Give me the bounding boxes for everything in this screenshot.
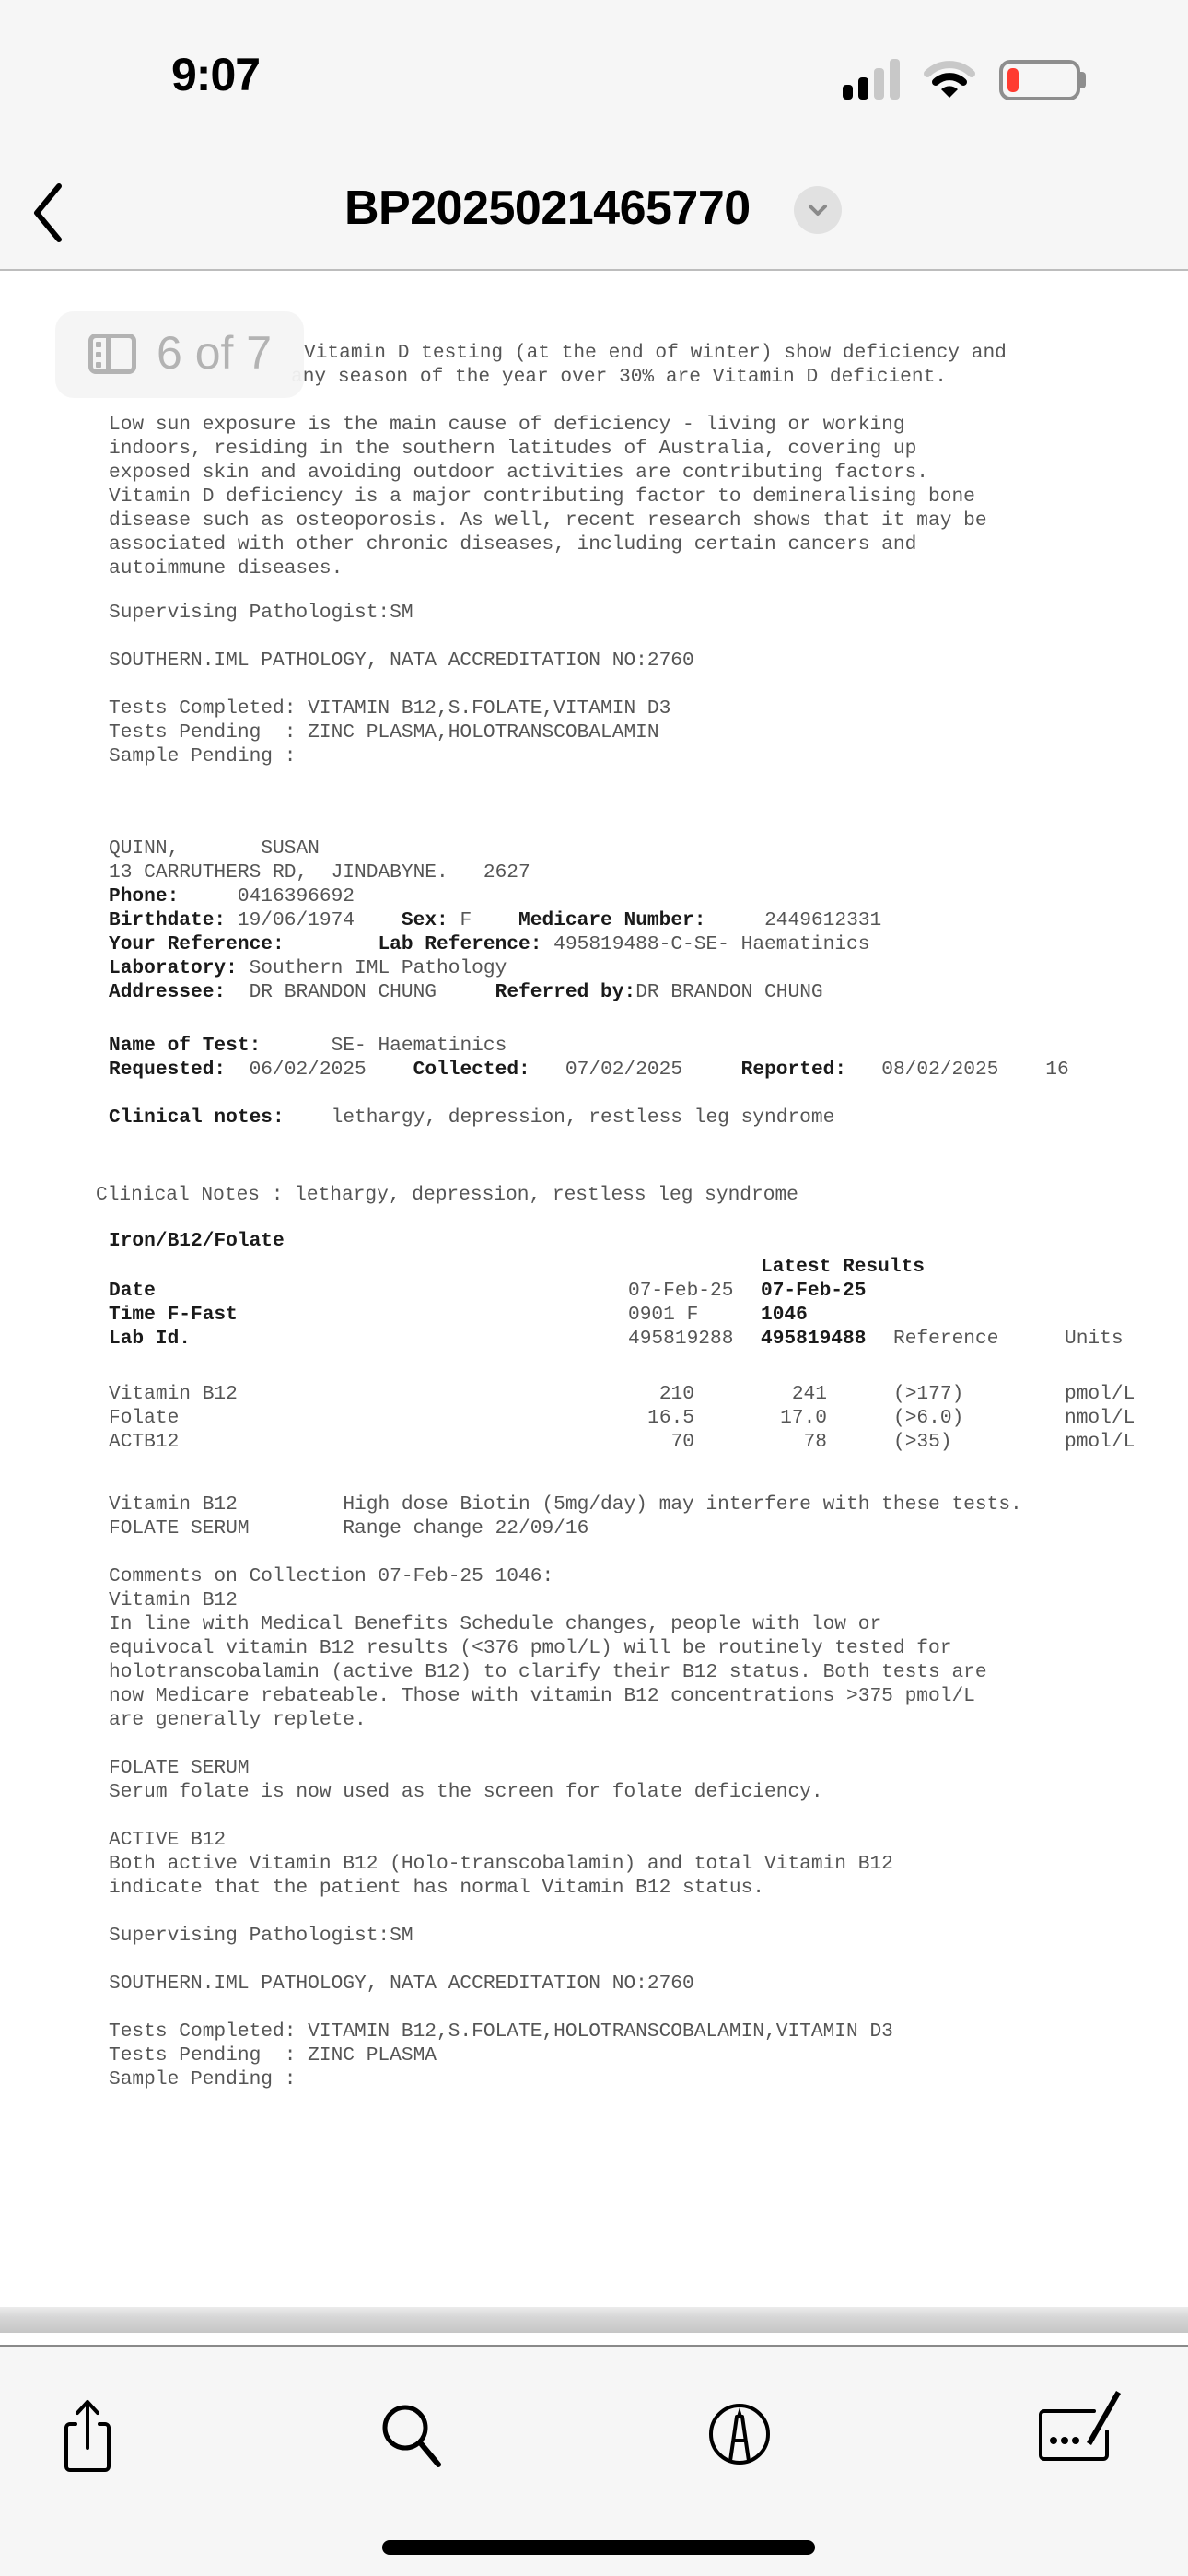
document-title[interactable]: BP2025021465770	[344, 181, 751, 236]
analyte-latest-value: 78	[698, 1430, 827, 1454]
test-note-folate: FOLATE SERUM Range change 22/09/16	[109, 1516, 588, 1540]
markup-pen-icon[interactable]	[698, 2393, 781, 2476]
bottom-toolbar	[0, 2347, 1188, 2576]
search-icon[interactable]	[370, 2393, 453, 2476]
chevron-down-icon	[794, 186, 842, 234]
analyte-name: Folate	[109, 1406, 179, 1430]
battery-level	[1007, 68, 1019, 92]
supervising-pathologist-1: Supervising Pathologist:SM	[109, 601, 413, 625]
supervising-pathologist-2: Supervising Pathologist:SM	[109, 1924, 413, 1948]
signature-icon[interactable]	[1035, 2383, 1127, 2466]
results-section-title: Iron/B12/Folate	[109, 1229, 285, 1253]
addressee: Addressee: DR BRANDON CHUNG Referred by:…	[109, 980, 823, 1004]
row-label-time: Time F-Fast	[109, 1303, 238, 1327]
analyte-reference-range: (>177)	[893, 1382, 963, 1406]
accreditation-1: SOUTHERN.IML PATHOLOGY, NATA ACCREDITATI…	[109, 649, 694, 673]
status-bar: 9:07	[0, 0, 1188, 147]
test-note-b12: Vitamin B12 High dose Biotin (5mg/day) m…	[109, 1493, 1022, 1516]
intro-line-1: Vitamin D testing (at the end of winter)…	[304, 341, 1007, 365]
tests-status-2: Tests Completed: VITAMIN B12,S.FOLATE,HO…	[109, 2020, 893, 2091]
analyte-units: nmol/L	[1065, 1406, 1135, 1430]
patient-name: QUINN, SUSAN	[109, 837, 320, 861]
analyte-latest-value: 241	[698, 1382, 827, 1406]
row-label-date: Date	[109, 1279, 156, 1303]
latest-results-header: Latest Results	[761, 1255, 925, 1279]
tests-status-1: Tests Completed: VITAMIN B12,S.FOLATE,VI…	[109, 697, 670, 768]
battery-icon	[999, 60, 1080, 100]
laboratory: Laboratory: Southern IML Pathology	[109, 956, 507, 980]
page-separator	[0, 2307, 1188, 2333]
patient-address: 13 CARRUTHERS RD, JINDABYNE. 2627	[109, 861, 530, 884]
latest-time: 1046	[761, 1303, 808, 1327]
patient-demographics: Birthdate: 19/06/1974 Sex: F Medicare Nu…	[109, 908, 881, 932]
comments-section: Comments on Collection 07-Feb-25 1046:Vi…	[109, 1564, 987, 1732]
analyte-previous-value: 70	[565, 1430, 694, 1454]
wifi-icon	[924, 61, 975, 100]
folate-comment: FOLATE SERUMSerum folate is now used as …	[109, 1756, 823, 1804]
analyte-previous-value: 16.5	[565, 1406, 694, 1430]
previous-time: 0901 F	[628, 1303, 698, 1327]
active-b12-comment: ACTIVE B12Both active Vitamin B12 (Holo-…	[109, 1828, 893, 1900]
sidebar-thumbnails-icon	[88, 334, 136, 374]
status-time: 9:07	[171, 48, 260, 101]
share-icon[interactable]	[46, 2393, 129, 2476]
previous-date: 07-Feb-25	[628, 1279, 733, 1303]
home-indicator[interactable]	[382, 2540, 815, 2555]
analyte-name: Vitamin B12	[109, 1382, 238, 1406]
references: Your Reference: Lab Reference: 495819488…	[109, 932, 869, 956]
navigation-bar: BP2025021465770	[0, 147, 1188, 271]
page-indicator[interactable]: 6 of 7	[55, 311, 304, 398]
clinical-notes-header: Clinical notes: lethargy, depression, re…	[109, 1106, 834, 1130]
latest-lab-id: 495819488	[761, 1327, 866, 1351]
analyte-units: pmol/L	[1065, 1382, 1135, 1406]
clinical-notes-line: Clinical Notes : lethargy, depression, r…	[96, 1183, 798, 1207]
reference-header: Reference	[893, 1327, 998, 1351]
chevron-left-icon[interactable]	[26, 181, 72, 245]
previous-lab-id: 495819288	[628, 1327, 733, 1351]
intro-line-2: any season of the year over 30% are Vita…	[291, 365, 947, 389]
analyte-reference-range: (>6.0)	[893, 1406, 963, 1430]
vitamin-d-paragraph: Low sun exposure is the main cause of de…	[109, 413, 987, 580]
accreditation-2: SOUTHERN.IML PATHOLOGY, NATA ACCREDITATI…	[109, 1972, 694, 1996]
page-indicator-label: 6 of 7	[157, 326, 272, 380]
title-menu-button[interactable]	[794, 186, 842, 234]
latest-date: 07-Feb-25	[761, 1279, 866, 1303]
battery-cap	[1080, 72, 1086, 88]
analyte-latest-value: 17.0	[698, 1406, 827, 1430]
patient-phone: Phone: 0416396692	[109, 884, 355, 908]
units-header: Units	[1065, 1327, 1124, 1351]
analyte-previous-value: 210	[565, 1382, 694, 1406]
document-viewer[interactable]: Vitamin D testing (at the end of winter)…	[0, 271, 1188, 2309]
cellular-signal-icon	[843, 61, 903, 100]
analyte-units: pmol/L	[1065, 1430, 1135, 1454]
test-dates: Requested: 06/02/2025 Collected: 07/02/2…	[109, 1058, 1069, 1082]
test-name: Name of Test: SE- Haematinics	[109, 1034, 507, 1058]
analyte-name: ACTB12	[109, 1430, 179, 1454]
analyte-reference-range: (>35)	[893, 1430, 952, 1454]
row-label-labid: Lab Id.	[109, 1327, 191, 1351]
